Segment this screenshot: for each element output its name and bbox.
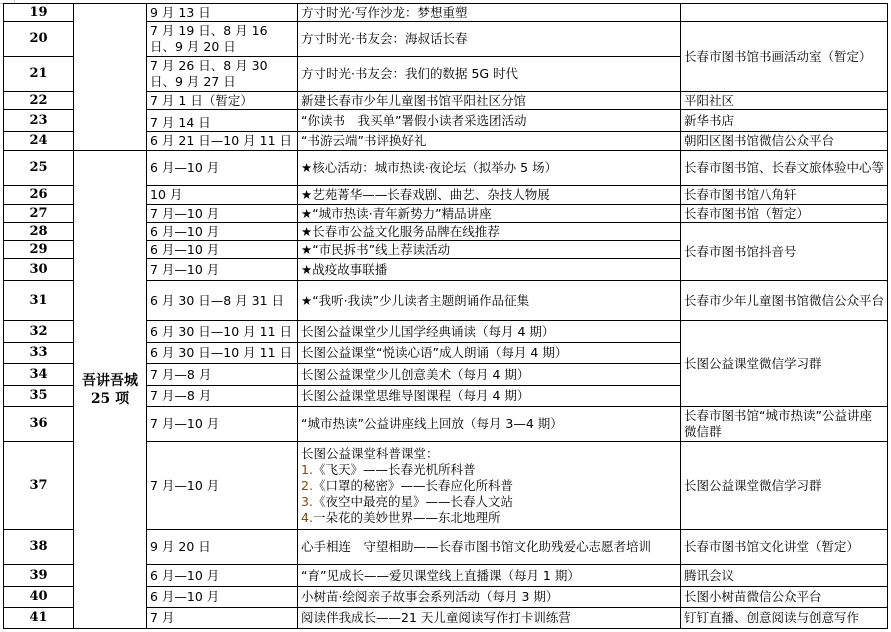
activity-name-cell: 方寸时光·写作沙龙：梦想重塑 (298, 4, 681, 22)
date-cell: 6 月—10 月 (147, 241, 298, 259)
activity-name-cell: 方寸时光·书友会：我们的数据 5G 时代 (298, 57, 681, 92)
venue-cell: 长春市图书馆、长春文旅体验中心等 (681, 151, 888, 186)
activity-name-cell: ★长春市公益文化服务品牌在线推荐 (298, 223, 681, 241)
activity-name-cell: 方寸时光·书友会：海叔话长春 (298, 22, 681, 57)
category-cell-wujiangwucheng: 吾讲吾城 25 项 (74, 151, 147, 629)
category-label-line2: 25 项 (77, 390, 143, 408)
activity-name-cell: 长图公益课堂科普课堂： 1.《飞天》——长春光机所科普 2.《口罩的秘密》——长… (298, 442, 681, 530)
row-number: 35 (4, 386, 74, 407)
row-number: 39 (4, 565, 74, 587)
activity-name-cell: ★“我听·我读”少儿读者主题朗诵作品征集 (298, 281, 681, 321)
table-row: 19 9 月 13 日 方寸时光·写作沙龙：梦想重塑 (4, 4, 888, 22)
date-cell: 6 月 21 日—10 月 11 日 (147, 132, 298, 151)
row-number: 41 (4, 608, 74, 629)
activity-name-cell: “书游云端”书评换好礼 (298, 132, 681, 151)
venue-cell: 新华书店 (681, 110, 888, 132)
date-cell: 7 月 19 日、8 月 16 日、9 月 20 日 (147, 22, 298, 57)
venue-cell: 长图小树苗微信公众平台 (681, 587, 888, 608)
subitem-text: 《夜空中最亮的星》——长春人文站 (313, 494, 513, 509)
date-cell: 6 月—10 月 (147, 587, 298, 608)
activity-name-cell: “育”见成长——爱贝课堂线上直播课（每月 1 期） (298, 565, 681, 587)
activity-subitem: 2.《口罩的秘密》——长春应化所科普 (301, 478, 677, 494)
activity-name-cell: 长图公益课堂思维导图课程（每月 4 期） (298, 386, 681, 407)
date-cell: 7 月—10 月 (147, 205, 298, 223)
row-number: 32 (4, 321, 74, 343)
row-number: 30 (4, 259, 74, 281)
row-number: 27 (4, 205, 74, 223)
date-cell: 7 月—10 月 (147, 407, 298, 442)
subitem-number: 3. (301, 494, 313, 509)
activity-name-cell: “你读书 我买单”署假小读者采选团活动 (298, 110, 681, 132)
date-cell: 7 月—10 月 (147, 259, 298, 281)
row-number: 22 (4, 92, 74, 110)
venue-cell: 长春市图书馆书画活动室（暂定） (681, 22, 888, 92)
venue-cell: 长图公益课堂微信学习群 (681, 321, 888, 407)
activity-name-cell: 小树苗·绘阅亲子故事会系列活动（每月 3 期） (298, 587, 681, 608)
row-number: 24 (4, 132, 74, 151)
venue-cell: 长春市图书馆“城市热读”公益讲座微信群 (681, 407, 888, 442)
activity-name-cell: ★“城市热读·青年新势力”精品讲座 (298, 205, 681, 223)
venue-cell: 腾讯会议 (681, 565, 888, 587)
row-number: 26 (4, 186, 74, 205)
date-cell: 7 月—8 月 (147, 386, 298, 407)
activity-subitem: 1.《飞天》——长春光机所科普 (301, 462, 677, 478)
date-cell: 6 月 30 日—8 月 31 日 (147, 281, 298, 321)
date-cell: 6 月—10 月 (147, 223, 298, 241)
subitem-text: 《口罩的秘密》——长春应化所科普 (313, 478, 513, 493)
table-row: 25 吾讲吾城 25 项 6 月—10 月 ★核心活动：城市热读·夜论坛（拟举办… (4, 151, 888, 186)
row-number: 31 (4, 281, 74, 321)
row-number: 34 (4, 364, 74, 386)
row-number: 25 (4, 151, 74, 186)
venue-cell: 朝阳区图书馆微信公众平台 (681, 132, 888, 151)
date-cell: 6 月 30 日—10 月 11 日 (147, 321, 298, 343)
activity-name-cell: ★战疫故事联播 (298, 259, 681, 281)
activity-name-cell: 长图公益课堂“悦读心语”成人朗诵（每月 4 期） (298, 343, 681, 364)
row-number: 23 (4, 110, 74, 132)
category-cell-previous (74, 4, 147, 151)
date-cell: 6 月—10 月 (147, 565, 298, 587)
activity-name-cell: 长图公益课堂少儿国学经典诵读（每月 4 期） (298, 321, 681, 343)
activity-schedule-table: 19 9 月 13 日 方寸时光·写作沙龙：梦想重塑 20 7 月 19 日、8… (3, 3, 888, 629)
venue-cell: 长春市图书馆文化讲堂（暂定） (681, 530, 888, 565)
venue-cell: 长春市少年儿童图书馆微信公众平台 (681, 281, 888, 321)
activity-subitem: 3.《夜空中最亮的星》——长春人文站 (301, 494, 677, 510)
date-cell: 7 月—8 月 (147, 364, 298, 386)
date-cell: 9 月 13 日 (147, 4, 298, 22)
row-number: 37 (4, 442, 74, 530)
row-number: 20 (4, 22, 74, 57)
row-number: 28 (4, 223, 74, 241)
venue-cell: 长春市图书馆八角轩 (681, 186, 888, 205)
date-cell: 7 月 14 日 (147, 110, 298, 132)
activity-name-cell: 长图公益课堂少儿创意美术（每月 4 期） (298, 364, 681, 386)
venue-cell (681, 4, 888, 22)
venue-cell: 长春市图书馆（暂定） (681, 205, 888, 223)
row-number: 19 (4, 4, 74, 22)
activity-name-cell: ★艺苑菁华——长春戏剧、曲艺、杂技人物展 (298, 186, 681, 205)
activity-name-cell: 心手相连 守望相助——长春市图书馆文化助残爱心志愿者培训 (298, 530, 681, 565)
subitem-number: 2. (301, 478, 313, 493)
date-cell: 9 月 20 日 (147, 530, 298, 565)
row-number: 33 (4, 343, 74, 364)
row-number: 40 (4, 587, 74, 608)
activity-name-cell: ★“市民拆书”线上荐读活动 (298, 241, 681, 259)
venue-cell: 长图公益课堂微信学习群 (681, 442, 888, 530)
activity-subitem: 4.一朵花的美妙世界——东北地理所 (301, 510, 677, 526)
date-cell: 7 月—10 月 (147, 442, 298, 530)
subitem-number: 1. (301, 462, 313, 477)
row-number: 38 (4, 530, 74, 565)
date-cell: 7 月 1 日（暂定） (147, 92, 298, 110)
row-number: 29 (4, 241, 74, 259)
venue-cell: 长春市图书馆抖音号 (681, 223, 888, 281)
date-cell: 7 月 26 日、8 月 30 日、9 月 27 日 (147, 57, 298, 92)
category-label-line1: 吾讲吾城 (77, 372, 143, 390)
activity-name-cell: “城市热读”公益讲座线上回放（每月 3—4 期） (298, 407, 681, 442)
subitem-text: 《飞天》——长春光机所科普 (313, 462, 476, 477)
activity-name-cell: 新建长春市少年儿童图书馆平阳社区分馆 (298, 92, 681, 110)
row-number: 21 (4, 57, 74, 92)
activity-name-cell: 阅读伴我成长——21 天儿童阅读写作打卡训练营 (298, 608, 681, 629)
activity-name-heading: 长图公益课堂科普课堂： (301, 446, 677, 462)
activity-name-cell: ★核心活动：城市热读·夜论坛（拟举办 5 场） (298, 151, 681, 186)
subitem-number: 4. (301, 510, 313, 525)
date-cell: 6 月 30 日—10 月 11 日 (147, 343, 298, 364)
subitem-text: 一朵花的美妙世界——东北地理所 (313, 510, 501, 525)
date-cell: 10 月 (147, 186, 298, 205)
row-number: 36 (4, 407, 74, 442)
venue-cell: 平阳社区 (681, 92, 888, 110)
date-cell: 6 月—10 月 (147, 151, 298, 186)
venue-cell: 钉钉直播、创意阅读与创意写作 (681, 608, 888, 629)
date-cell: 7 月 (147, 608, 298, 629)
